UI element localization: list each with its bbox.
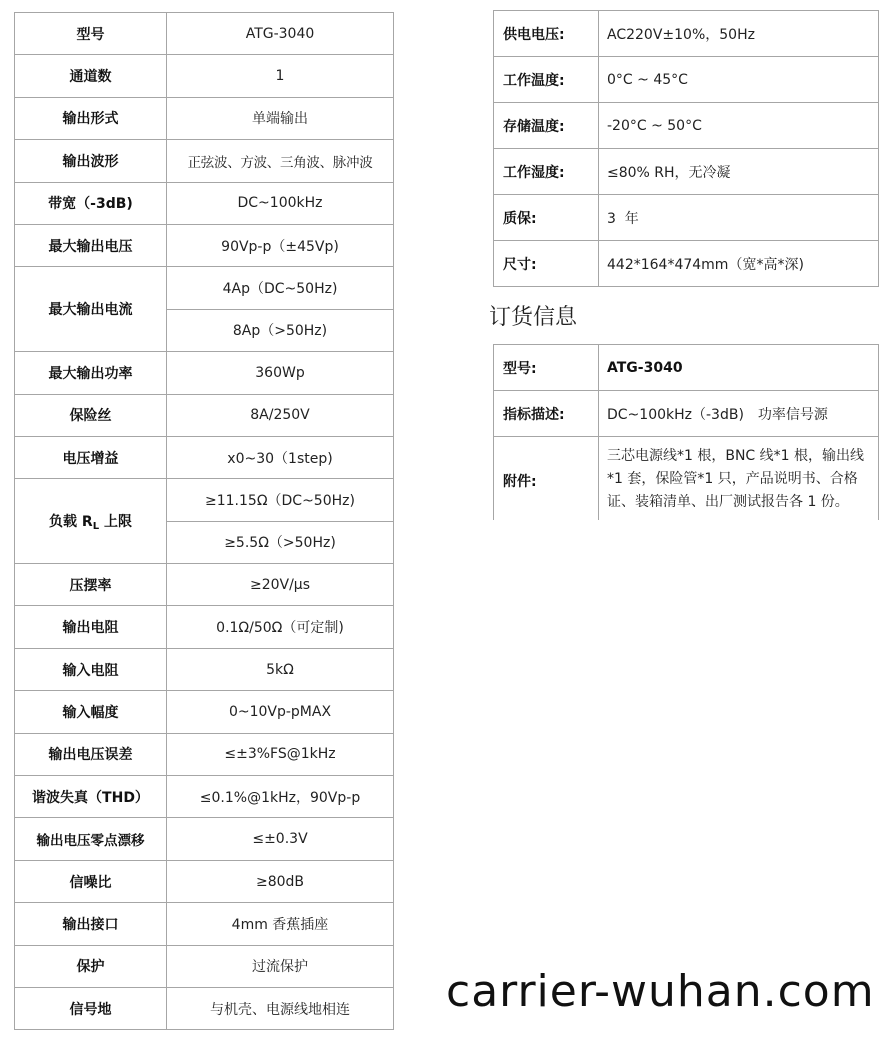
table-row: 工作湿度: ≤80% RH，无冷凝 [494,149,879,195]
spec-label: 保护 [15,945,167,987]
spec-value: AC220V±10%，50Hz [599,11,879,57]
table-row: 尺寸: 442*164*474mm（宽*高*深) [494,241,879,287]
spec-value: 4mm 香蕉插座 [167,903,394,945]
spec-value: x0~30（1step) [167,436,394,478]
spec-value: ≥80dB [167,860,394,902]
spec-value: ≥5.5Ω（>50Hz) [167,521,394,563]
order-label: 型号: [494,345,599,391]
spec-label: 输出形式 [15,97,167,139]
table-row: 输出形式 单端输出 [15,97,394,139]
spec-label: 压摆率 [15,564,167,606]
spec-value: 442*164*474mm（宽*高*深) [599,241,879,287]
spec-table-environment: 供电电压: AC220V±10%，50Hz 工作温度: 0°C ~ 45°C 存… [493,10,879,287]
spec-value: 单端输出 [167,97,394,139]
spec-value: 8A/250V [167,394,394,436]
spec-label: 信号地 [15,987,167,1029]
table-row: 工作温度: 0°C ~ 45°C [494,57,879,103]
spec-value: 1 [167,55,394,97]
spec-label: 输出接口 [15,903,167,945]
table-row: 输出电压零点漂移 ≤±0.3V [15,818,394,860]
spec-label: 最大输出电流 [15,267,167,352]
table-row: 最大输出电流 4Ap（DC~50Hz) [15,267,394,309]
spec-value: ≤80% RH，无冷凝 [599,149,879,195]
table-row: 保险丝 8A/250V [15,394,394,436]
table-row: 输入幅度 0~10Vp-pMAX [15,691,394,733]
label-text: 负载 R [49,514,93,530]
table-row: 附件: 三芯电源线*1 根，BNC 线*1 根，输出线*1 套，保险管*1 只，… [494,437,879,521]
table-row: 带宽（-3dB) DC~100kHz [15,182,394,224]
spec-value: 90Vp-p（±45Vp) [167,224,394,266]
spec-label: 质保: [494,195,599,241]
spec-value: 5kΩ [167,648,394,690]
spec-value: 正弦波、方波、三角波、脉冲波 [167,140,394,182]
table-row: 输出电压误差 ≤±3%FS@1kHz [15,733,394,775]
table-row: 信号地 与机壳、电源线地相连 [15,987,394,1029]
table-row: 型号: ATG-3040 [494,345,879,391]
spec-label: 谐波失真（THD） [15,776,167,818]
table-row: 指标描述: DC~100kHz（-3dB) 功率信号源 [494,391,879,437]
table-row: 谐波失真（THD） ≤0.1%@1kHz，90Vp-p [15,776,394,818]
spec-value: 过流保护 [167,945,394,987]
order-table-container: 型号: ATG-3040 指标描述: DC~100kHz（-3dB) 功率信号源… [493,344,879,520]
table-row: 质保: 3 年 [494,195,879,241]
table-row: 输出接口 4mm 香蕉插座 [15,903,394,945]
spec-label: 最大输出电压 [15,224,167,266]
table-row: 通道数 1 [15,55,394,97]
spec-label: 输出电阻 [15,606,167,648]
spec-value: ≤±3%FS@1kHz [167,733,394,775]
spec-value: 0°C ~ 45°C [599,57,879,103]
spec-value: ≥11.15Ω（DC~50Hz) [167,479,394,521]
watermark-text: carrier-wuhan.com [446,966,875,1017]
spec-label: 带宽（-3dB) [15,182,167,224]
table-row: 存储温度: -20°C ~ 50°C [494,103,879,149]
order-value: DC~100kHz（-3dB) 功率信号源 [599,391,879,437]
spec-label: 输入电阻 [15,648,167,690]
spec-value: -20°C ~ 50°C [599,103,879,149]
spec-label: 最大输出功率 [15,352,167,394]
table-row: 最大输出功率 360Wp [15,352,394,394]
spec-label: 通道数 [15,55,167,97]
table-row: 输出电阻 0.1Ω/50Ω（可定制) [15,606,394,648]
spec-label: 尺寸: [494,241,599,287]
spec-label: 信噪比 [15,860,167,902]
spec-value: DC~100kHz [167,182,394,224]
table-row: 输出波形 正弦波、方波、三角波、脉冲波 [15,140,394,182]
spec-value: ≤0.1%@1kHz，90Vp-p [167,776,394,818]
spec-value: 与机壳、电源线地相连 [167,987,394,1029]
order-label: 指标描述: [494,391,599,437]
table-row: 输入电阻 5kΩ [15,648,394,690]
spec-label: 存储温度: [494,103,599,149]
spec-label: 保险丝 [15,394,167,436]
spec-value: 4Ap（DC~50Hz) [167,267,394,309]
order-label: 附件: [494,437,599,521]
spec-label-load-rl: 负载 RL 上限 [15,479,167,564]
spec-label: 输出电压零点漂移 [15,818,167,860]
spec-value: ≤±0.3V [167,818,394,860]
spec-value: 0.1Ω/50Ω（可定制) [167,606,394,648]
spec-label: 输入幅度 [15,691,167,733]
spec-label: 输出电压误差 [15,733,167,775]
spec-value: ATG-3040 [167,13,394,55]
table-row: 保护 过流保护 [15,945,394,987]
spec-table-main: 型号 ATG-3040 通道数 1 输出形式 单端输出 输出波形 正弦波、方波、… [14,12,394,1030]
spec-value: 8Ap（>50Hz) [167,309,394,351]
table-row: 电压增益 x0~30（1step) [15,436,394,478]
spec-value: 3 年 [599,195,879,241]
spec-label: 工作温度: [494,57,599,103]
spec-value: 0~10Vp-pMAX [167,691,394,733]
order-table: 型号: ATG-3040 指标描述: DC~100kHz（-3dB) 功率信号源… [493,344,879,520]
spec-label: 工作湿度: [494,149,599,195]
table-row: 型号 ATG-3040 [15,13,394,55]
spec-value: ≥20V/μs [167,564,394,606]
order-value: ATG-3040 [599,345,879,391]
table-row: 信噪比 ≥80dB [15,860,394,902]
spec-label: 型号 [15,13,167,55]
order-info-heading: 订货信息 [489,300,577,331]
table-row: 压摆率 ≥20V/μs [15,564,394,606]
spec-label: 供电电压: [494,11,599,57]
table-row: 负载 RL 上限 ≥11.15Ω（DC~50Hz) [15,479,394,521]
table-row: 供电电压: AC220V±10%，50Hz [494,11,879,57]
spec-label: 输出波形 [15,140,167,182]
spec-label: 电压增益 [15,436,167,478]
order-value: 三芯电源线*1 根，BNC 线*1 根，输出线*1 套，保险管*1 只，产品说明… [599,437,879,521]
label-text: 上限 [99,514,132,530]
spec-value: 360Wp [167,352,394,394]
table-row: 最大输出电压 90Vp-p（±45Vp) [15,224,394,266]
